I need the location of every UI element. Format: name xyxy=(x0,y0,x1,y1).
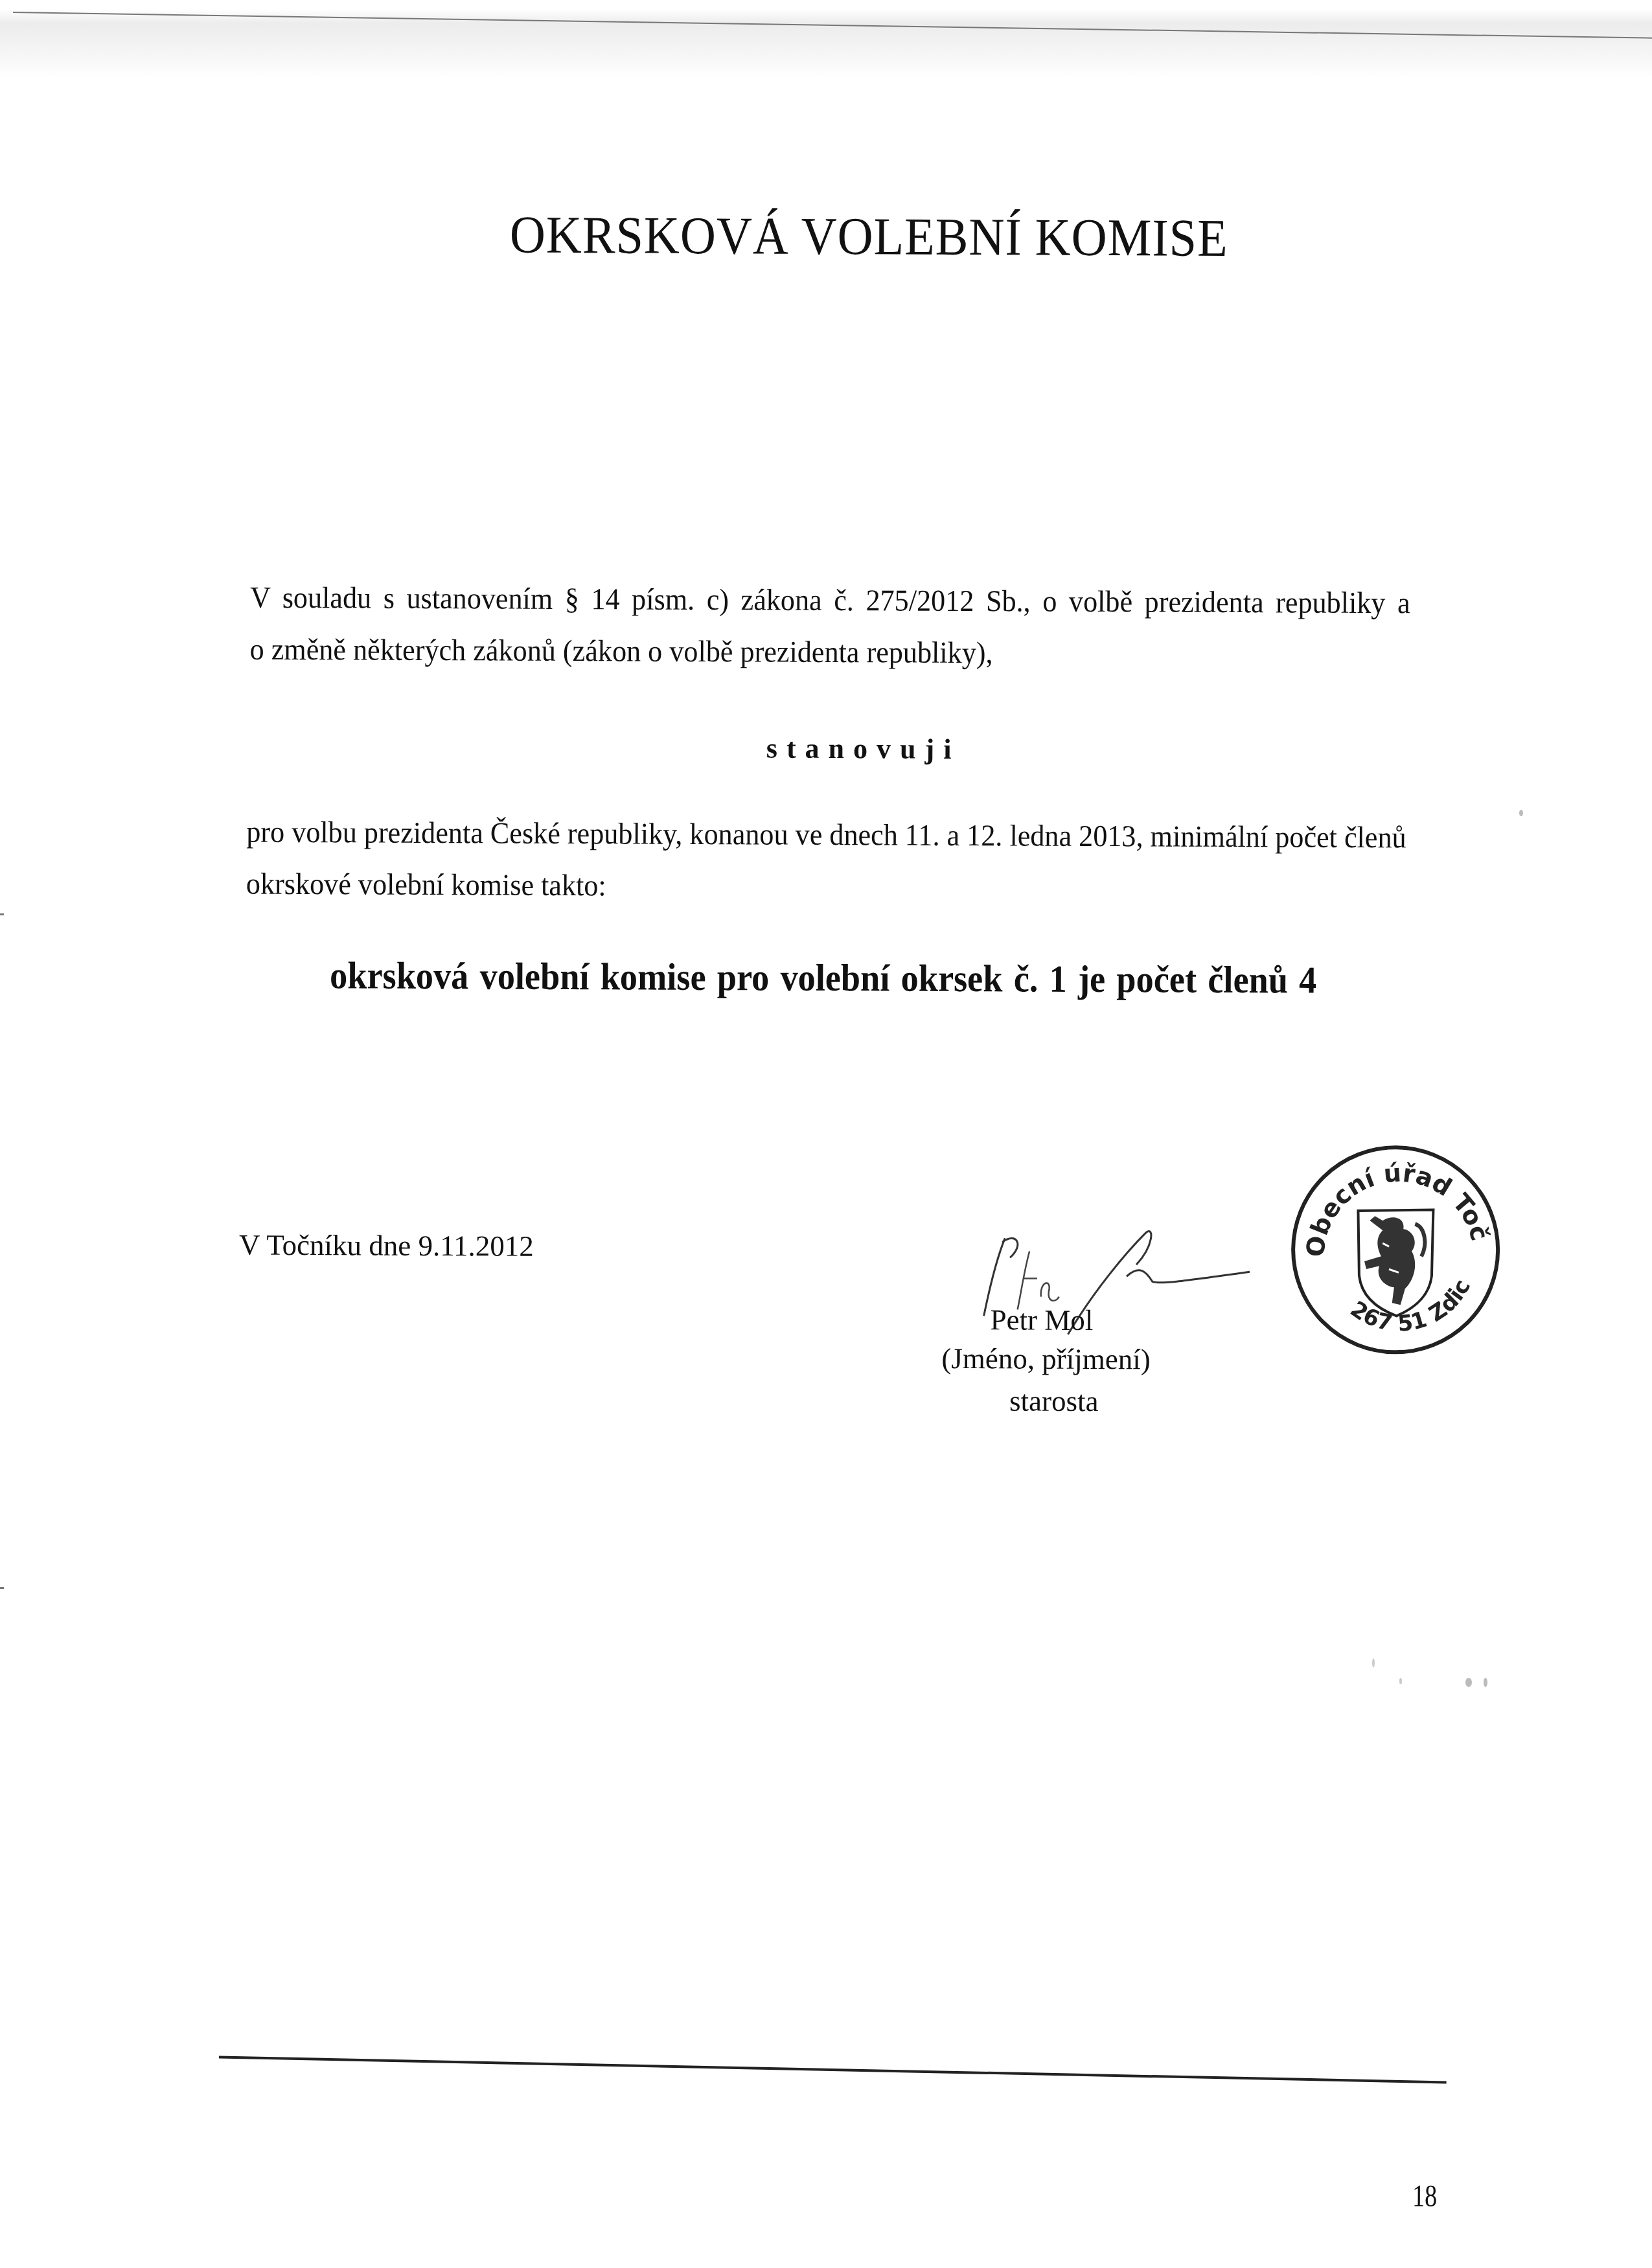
document-page: OKRSKOVÁ VOLEBNÍ KOMISE V souladu s usta… xyxy=(0,0,1652,2268)
body-line-1: pro volbu prezidenta České republiky, ko… xyxy=(246,815,1406,856)
signatory-name: Petr Mol xyxy=(990,1303,1093,1337)
scan-artifact xyxy=(1399,1678,1402,1684)
document-title: OKRSKOVÁ VOLEBNÍ KOMISE xyxy=(510,205,1228,269)
scan-artifact xyxy=(0,913,4,915)
footer-divider xyxy=(219,2056,1447,2083)
preamble-line-1: V souladu s ustanovením § 14 písm. c) zá… xyxy=(250,580,1410,621)
place-and-date: V Točníku dne 9.11.2012 xyxy=(239,1228,534,1263)
body-line-2: okrskové volební komise takto: xyxy=(246,867,606,904)
preamble-line-2: o změně některých zákonů (zákon o volbě … xyxy=(250,632,993,671)
official-stamp-icon: Obecní úřad Točník 267 51 Zdice xyxy=(1285,1139,1506,1360)
scan-artifact xyxy=(0,1587,4,1589)
signatory-title: starosta xyxy=(1009,1384,1099,1418)
signatory-name-label: (Jméno, příjmení) xyxy=(941,1342,1151,1377)
decision-statement: okrsková volební komise pro volební okrs… xyxy=(330,953,1316,1002)
scan-artifact xyxy=(1484,1678,1487,1687)
scan-artifact xyxy=(1372,1658,1375,1667)
page-number: 18 xyxy=(1412,2178,1438,2214)
scan-artifact xyxy=(1465,1678,1472,1687)
decree-verb: stanovuji xyxy=(766,732,961,766)
lion-coat-of-arms-icon xyxy=(1358,1209,1434,1316)
scan-artifact xyxy=(1519,810,1523,816)
